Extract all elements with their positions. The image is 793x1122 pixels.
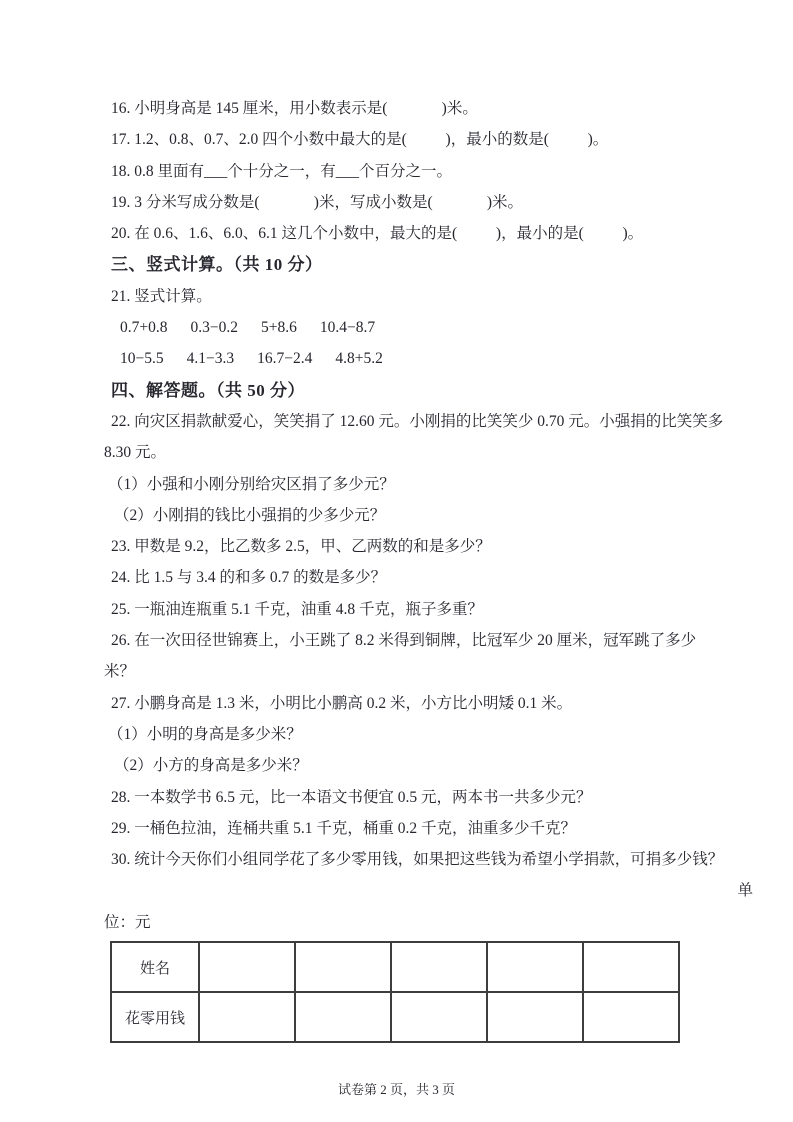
calc-expression: 4.1−3.3	[187, 343, 235, 374]
empty-cell	[583, 942, 679, 992]
empty-cell	[295, 942, 391, 992]
unit-note-wrapped-char: 单	[104, 875, 753, 906]
row-header-money-spent: 花零用钱	[111, 992, 199, 1042]
calc-expression: 4.8+5.2	[335, 343, 383, 374]
question-22-sub-1: （1）小强和小刚分别给灾区捐了多少元？	[104, 469, 733, 500]
question-27: 27. 小鹏身高是 1.3 米，小明比小鹏高 0.2 米，小方比小明矮 0.1 …	[104, 688, 733, 719]
unit-note-rest: 位：元	[104, 907, 733, 938]
question-19: 19. 3 分米写成分数是( )米，写成小数是( )米。	[104, 187, 733, 218]
question-27-sub-1: （1）小明的身高是多少米？	[104, 719, 733, 750]
page-content: 16. 小明身高是 145 厘米，用小数表示是( )米。 17. 1.2、0.8…	[104, 93, 733, 1043]
calc-row-1: 0.7+0.8 0.3−0.2 5+8.6 10.4−8.7	[104, 312, 733, 343]
question-22-line-2: 8.30 元。	[104, 437, 733, 468]
empty-cell	[295, 992, 391, 1042]
question-27-sub-2: （2）小方的身高是多少米？	[104, 750, 733, 781]
table-row-money-spent: 花零用钱	[111, 992, 679, 1042]
question-22-sub-2: （2）小刚捐的钱比小强捐的少多少元？	[104, 500, 733, 531]
question-30: 30. 统计今天你们小组同学花了多少零用钱，如果把这些钱为希望小学捐款，可捐多少…	[104, 844, 733, 875]
question-28: 28. 一本数学书 6.5 元，比一本语文书便宜 0.5 元，两本书一共多少元？	[104, 782, 733, 813]
question-20: 20. 在 0.6、1.6、6.0、6.1 这几个小数中，最大的是( )，最小的…	[104, 218, 733, 249]
question-25: 25. 一瓶油连瓶重 5.1 千克，油重 4.8 千克，瓶子多重？	[104, 594, 733, 625]
question-21: 21. 竖式计算。	[104, 281, 733, 312]
row-header-name: 姓名	[111, 942, 199, 992]
calc-expression: 5+8.6	[261, 312, 297, 343]
question-18: 18. 0.8 里面有___个十分之一，有___个百分之一。	[104, 156, 733, 187]
question-17: 17. 1.2、0.8、0.7、2.0 四个小数中最大的是( )，最小的数是( …	[104, 124, 733, 155]
section-3-heading: 三、竖式计算。（共 10 分）	[104, 249, 733, 280]
page-footer: 试卷第 2 页，共 3 页	[0, 1082, 793, 1098]
question-26-line-2: 米？	[104, 656, 733, 687]
question-26-line-1: 26. 在一次田径世锦赛上，小王跳了 8.2 米得到铜牌，比冠军少 20 厘米，…	[104, 625, 733, 656]
question-23: 23. 甲数是 9.2，比乙数多 2.5，甲、乙两数的和是多少？	[104, 531, 733, 562]
calc-row-2: 10−5.5 4.1−3.3 16.7−2.4 4.8+5.2	[104, 343, 733, 374]
question-24: 24. 比 1.5 与 3.4 的和多 0.7 的数是多少？	[104, 562, 733, 593]
calc-expression: 0.7+0.8	[120, 312, 168, 343]
survey-table: 姓名 花零用钱	[110, 941, 680, 1043]
empty-cell	[391, 942, 487, 992]
empty-cell	[487, 942, 583, 992]
empty-cell	[583, 992, 679, 1042]
question-29: 29. 一桶色拉油，连桶共重 5.1 千克，桶重 0.2 千克，油重多少千克？	[104, 813, 733, 844]
question-22-line-1: 22. 向灾区捐款献爱心，笑笑捐了 12.60 元。小刚捐的比笑笑少 0.70 …	[104, 406, 733, 437]
calc-expression: 10−5.5	[120, 343, 164, 374]
empty-cell	[199, 942, 295, 992]
empty-cell	[487, 992, 583, 1042]
exam-paper-page: 16. 小明身高是 145 厘米，用小数表示是( )米。 17. 1.2、0.8…	[0, 0, 793, 1122]
calc-expression: 0.3−0.2	[191, 312, 239, 343]
empty-cell	[391, 992, 487, 1042]
section-4-heading: 四、解答题。（共 50 分）	[104, 375, 733, 406]
table-row-names: 姓名	[111, 942, 679, 992]
empty-cell	[199, 992, 295, 1042]
question-16: 16. 小明身高是 145 厘米，用小数表示是( )米。	[104, 93, 733, 124]
calc-expression: 10.4−8.7	[320, 312, 375, 343]
calc-expression: 16.7−2.4	[257, 343, 312, 374]
